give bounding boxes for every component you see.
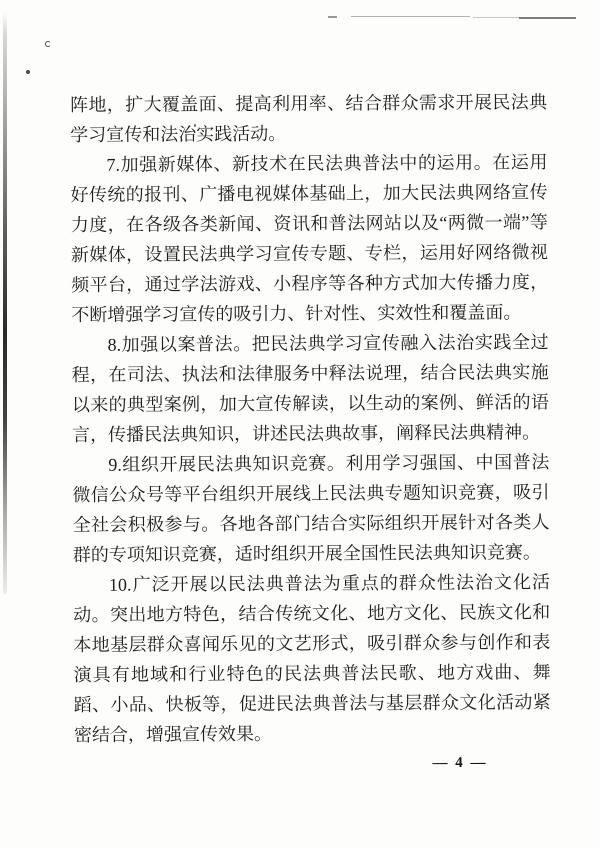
paragraph-item-7: 7.加强新媒体、新技术在民法典普法中的运用。在运用好传统的报刊、广播电视媒体基础… xyxy=(70,147,548,330)
paragraph-item-8: 8.加强以案普法。把民法典学习宣传融入法治实践全过程，在司法、执法和法律服务中释… xyxy=(71,327,549,450)
scan-streak-artifact xyxy=(473,17,520,18)
paragraph-item-10: 10.广泛开展以民法典普法为重点的群众性法治文化活动。突出地方特色，结合传统文化… xyxy=(73,567,551,750)
scanned-document-page: 阵地，扩大覆盖面、提高利用率、结合群众需求开展民法典学习宣传和法治实践活动。 7… xyxy=(0,0,600,849)
scan-streak-artifact xyxy=(328,16,337,18)
ink-speck xyxy=(26,70,30,74)
paragraph-item-9: 9.组织开展民法典知识竞赛。利用学习强国、中国普法微信公众号等平台组织开展线上民… xyxy=(72,447,550,570)
page-number: — 4 — xyxy=(425,755,495,772)
document-body: 阵地，扩大覆盖面、提高利用率、结合群众需求开展民法典学习宣传和法治实践活动。 7… xyxy=(70,87,551,750)
paragraph-continuation: 阵地，扩大覆盖面、提高利用率、结合群众需求开展民法典学习宣传和法治实践活动。 xyxy=(70,87,547,150)
scanner-edge-shadow xyxy=(3,12,7,594)
scan-streak-artifact xyxy=(351,16,470,17)
ink-speck xyxy=(45,41,51,47)
scan-streak-artifact xyxy=(519,17,576,19)
